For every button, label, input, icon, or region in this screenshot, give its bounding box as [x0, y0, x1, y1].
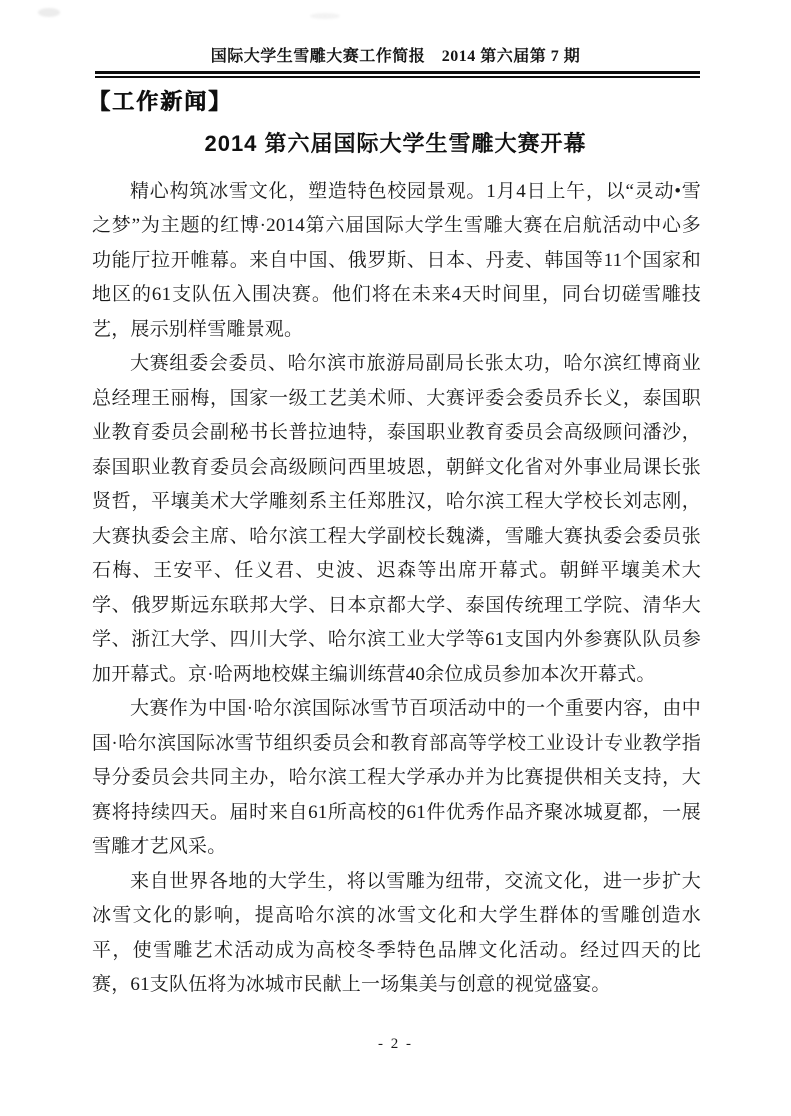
- document-header-title: 国际大学生雪雕大赛工作简报 2014 第六届第 7 期: [0, 0, 791, 67]
- header-divider-thick-line: [95, 71, 700, 74]
- article-paragraph: 大赛组委会委员、哈尔滨市旅游局副局长张太功，哈尔滨红博商业总经理王丽梅，国家一级…: [92, 347, 701, 692]
- page-number: - 2 -: [0, 1036, 791, 1053]
- article-title: 2014 第六届国际大学生雪雕大赛开幕: [0, 130, 791, 158]
- article-body: 精心构筑冰雪文化，塑造特色校园景观。1月4日上午，以“灵动•雪之梦”为主题的红博…: [92, 175, 701, 1003]
- section-heading: 【工作新闻】: [88, 89, 791, 115]
- scan-smudge: [310, 13, 340, 19]
- article-paragraph: 大赛作为中国·哈尔滨国际冰雪节百项活动中的一个重要内容，由中国·哈尔滨国际冰雪节…: [92, 692, 701, 865]
- article-paragraph: 来自世界各地的大学生，将以雪雕为纽带，交流文化，进一步扩大冰雪文化的影响，提高哈…: [92, 865, 701, 1003]
- article-paragraph: 精心构筑冰雪文化，塑造特色校园景观。1月4日上午，以“灵动•雪之梦”为主题的红博…: [92, 175, 701, 348]
- header-divider-thin-line: [95, 76, 700, 78]
- header-divider: [95, 71, 700, 78]
- scan-smudge: [38, 8, 60, 17]
- document-page: { "page": { "header": "国际大学生雪雕大赛工作简报 201…: [0, 0, 791, 1116]
